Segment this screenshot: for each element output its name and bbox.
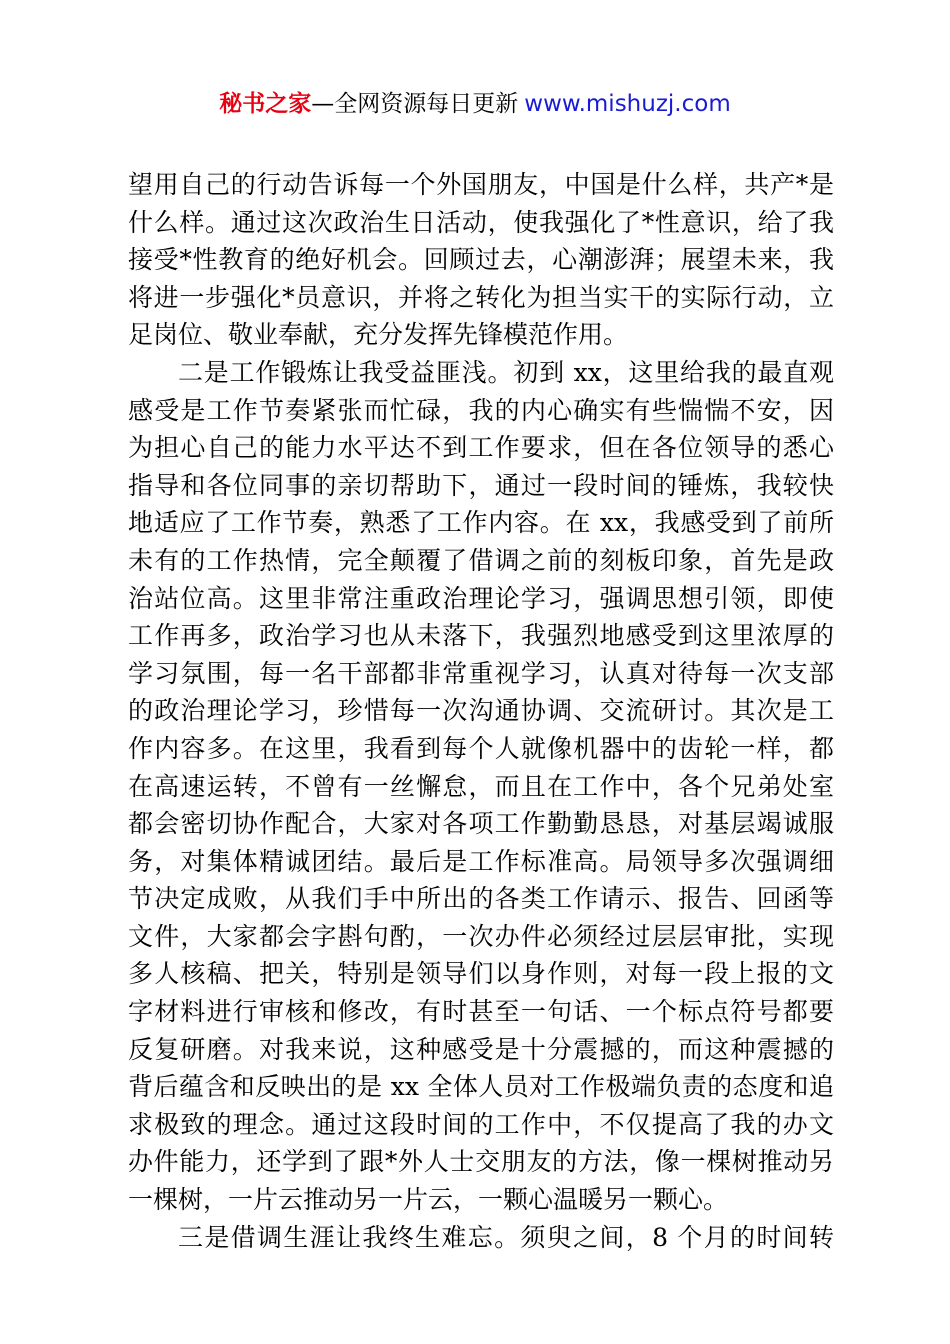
text-line: 治站位高。这里非常注重政治理论学习，强调思想引领，即使 xyxy=(128,580,834,618)
text-line: 望用自己的行动告诉每一个外国朋友，中国是什么样，共产*是 xyxy=(128,166,834,204)
text-line: 感受是工作节奏紧张而忙碌，我的内心确实有些惴惴不安，因 xyxy=(128,392,834,430)
text-line: 多人核稿、把关，特别是领导们以身作则，对每一段上报的文 xyxy=(128,955,834,993)
text-line: 接受*性教育的绝好机会。回顾过去，心潮澎湃；展望未来，我 xyxy=(128,241,834,279)
text-line: 务，对集体精诚团结。最后是工作标准高。局领导多次强调细 xyxy=(128,843,834,881)
text-line: 未有的工作热情，完全颠覆了借调之前的刻板印象，首先是政 xyxy=(128,542,834,580)
text-line: 什么样。通过这次政治生日活动，使我强化了*性意识，给了我 xyxy=(128,204,834,242)
text-line: 字材料进行审核和修改，有时甚至一句话、一个标点符号都要 xyxy=(128,993,834,1031)
text-line: 学习氛围，每一名干部都非常重视学习，认真对待每一次支部 xyxy=(128,655,834,693)
text-line: 节决定成败，从我们手中所出的各类工作请示、报告、回函等 xyxy=(128,880,834,918)
text-line: 指导和各位同事的亲切帮助下，通过一段时间的锤炼，我较快 xyxy=(128,467,834,505)
text-line: 为担心自己的能力水平达不到工作要求，但在各位领导的悉心 xyxy=(128,429,834,467)
site-header: 秘书之家—全网资源每日更新www.mishuzj.com xyxy=(0,86,950,122)
text-line: 足岗位、敬业奉献，充分发挥先锋模范作用。 xyxy=(128,316,834,354)
paragraph-start-line: 二是工作锻炼让我受益匪浅。初到 xx，这里给我的最直观 xyxy=(128,354,834,392)
text-line: 文件，大家都会字斟句酌，一次办件必须经过层层审批，实现 xyxy=(128,918,834,956)
site-brand: 秘书之家 xyxy=(219,91,311,117)
text-line: 工作再多，政治学习也从未落下，我强烈地感受到这里浓厚的 xyxy=(128,617,834,655)
document-body: 望用自己的行动告诉每一个外国朋友，中国是什么样，共产*是 什么样。通过这次政治生… xyxy=(128,166,834,1256)
text-line: 的政治理论学习，珍惜每一次沟通协调、交流研讨。其次是工 xyxy=(128,692,834,730)
paragraph-start-line: 三是借调生涯让我终生难忘。须臾之间，8 个月的时间转 xyxy=(128,1219,834,1257)
text-line: 作内容多。在这里，我看到每个人就像机器中的齿轮一样，都 xyxy=(128,730,834,768)
text-line: 办件能力，还学到了跟*外人士交朋友的方法，像一棵树推动另 xyxy=(128,1143,834,1181)
text-line: 都会密切协作配合，大家对各项工作勤勤恳恳，对基层竭诚服 xyxy=(128,805,834,843)
text-line: 反复研磨。对我来说，这种感受是十分震撼的，而这种震撼的 xyxy=(128,1031,834,1069)
text-line: 地适应了工作节奏，熟悉了工作内容。在 xx，我感受到了前所 xyxy=(128,504,834,542)
text-line: 将进一步强化*员意识，并将之转化为担当实干的实际行动，立 xyxy=(128,279,834,317)
text-line: 求极致的理念。通过这段时间的工作中，不仅提高了我的办文 xyxy=(128,1106,834,1144)
site-tagline: —全网资源每日更新 xyxy=(311,91,518,117)
text-line: 在高速运转，不曾有一丝懈怠，而且在工作中，各个兄弟处室 xyxy=(128,768,834,806)
text-line: 一棵树，一片云推动另一片云，一颗心温暖另一颗心。 xyxy=(128,1181,834,1219)
site-url-link[interactable]: www.mishuzj.com xyxy=(524,91,730,117)
text-line: 背后蕴含和反映出的是 xx 全体人员对工作极端负责的态度和追 xyxy=(128,1068,834,1106)
